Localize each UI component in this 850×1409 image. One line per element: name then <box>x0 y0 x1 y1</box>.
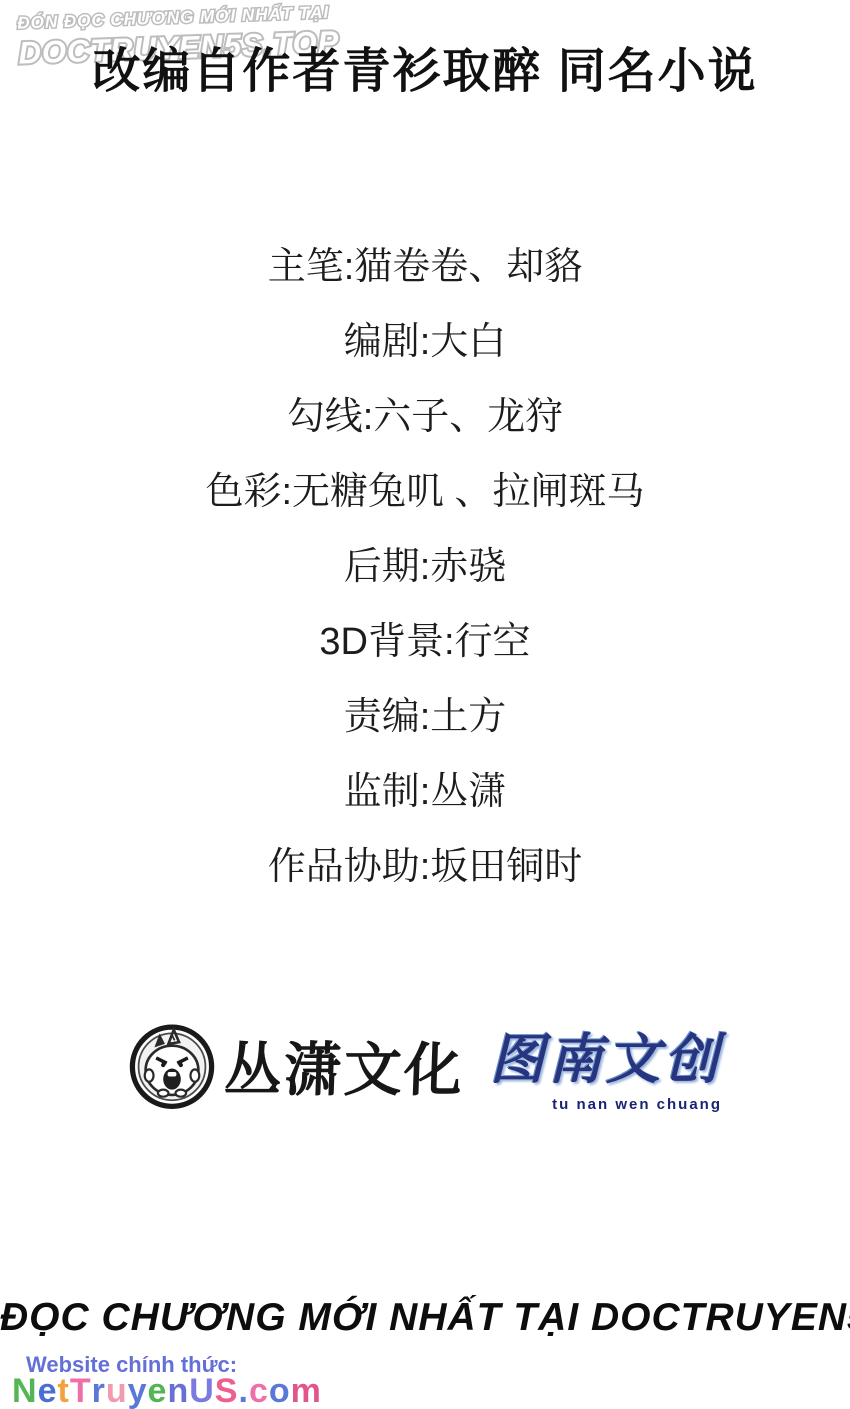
credit-line-3d-background: 3D背景:行空 <box>0 605 850 680</box>
congxiao-culture-wordmark: 丛潇文化 <box>223 1023 466 1107</box>
credit-line-inker: 勾线:六子、龙狩 <box>0 380 850 455</box>
credits-list: 主笔:猫卷卷、却貉 编剧:大白 勾线:六子、龙狩 色彩:无糖兔叽 、拉闸斑马 后… <box>0 230 850 905</box>
tunan-wenchuang-pinyin: tu nan wen chuang <box>552 1096 722 1113</box>
credit-line-supervisor: 监制:丛潇 <box>0 755 850 830</box>
credit-line-editor: 责编:土方 <box>0 680 850 755</box>
credit-line-postproduction: 后期:赤骁 <box>0 530 850 605</box>
tunan-wenchuang-logo: 图南文创 tu nan wen chuang <box>490 1017 722 1113</box>
congxiao-culture-logo: 丛潇文化 <box>128 1021 464 1109</box>
tunan-wenchuang-wordmark: 图南文创 <box>490 1017 722 1094</box>
credit-line-colorist: 色彩:无糖兔叽 、拉闸斑马 <box>0 455 850 530</box>
page-title: 改编自作者青衫取醉 同名小说 <box>0 32 850 101</box>
nettruyenus-wordmark: NetTruyenUS.com <box>12 1372 322 1409</box>
bottom-promo-text: ĐỌC CHƯƠNG MỚI NHẤT TẠI DOCTRUYEN5S.TOP <box>0 1296 850 1340</box>
comic-credits-page: ĐÓN ĐỌC CHƯƠNG MỚI NHẤT TẠI DOCTRUYEN5S.… <box>0 0 850 1409</box>
credit-line-artist: 主笔:猫卷卷、却貉 <box>0 230 850 305</box>
credit-line-assistance: 作品协助:坂田铜时 <box>0 830 850 905</box>
publisher-logos: 丛潇文化 图南文创 tu nan wen chuang <box>0 1000 850 1130</box>
credit-line-screenwriter: 编剧:大白 <box>0 305 850 380</box>
mascot-rabbit-circle-icon <box>128 1021 216 1109</box>
